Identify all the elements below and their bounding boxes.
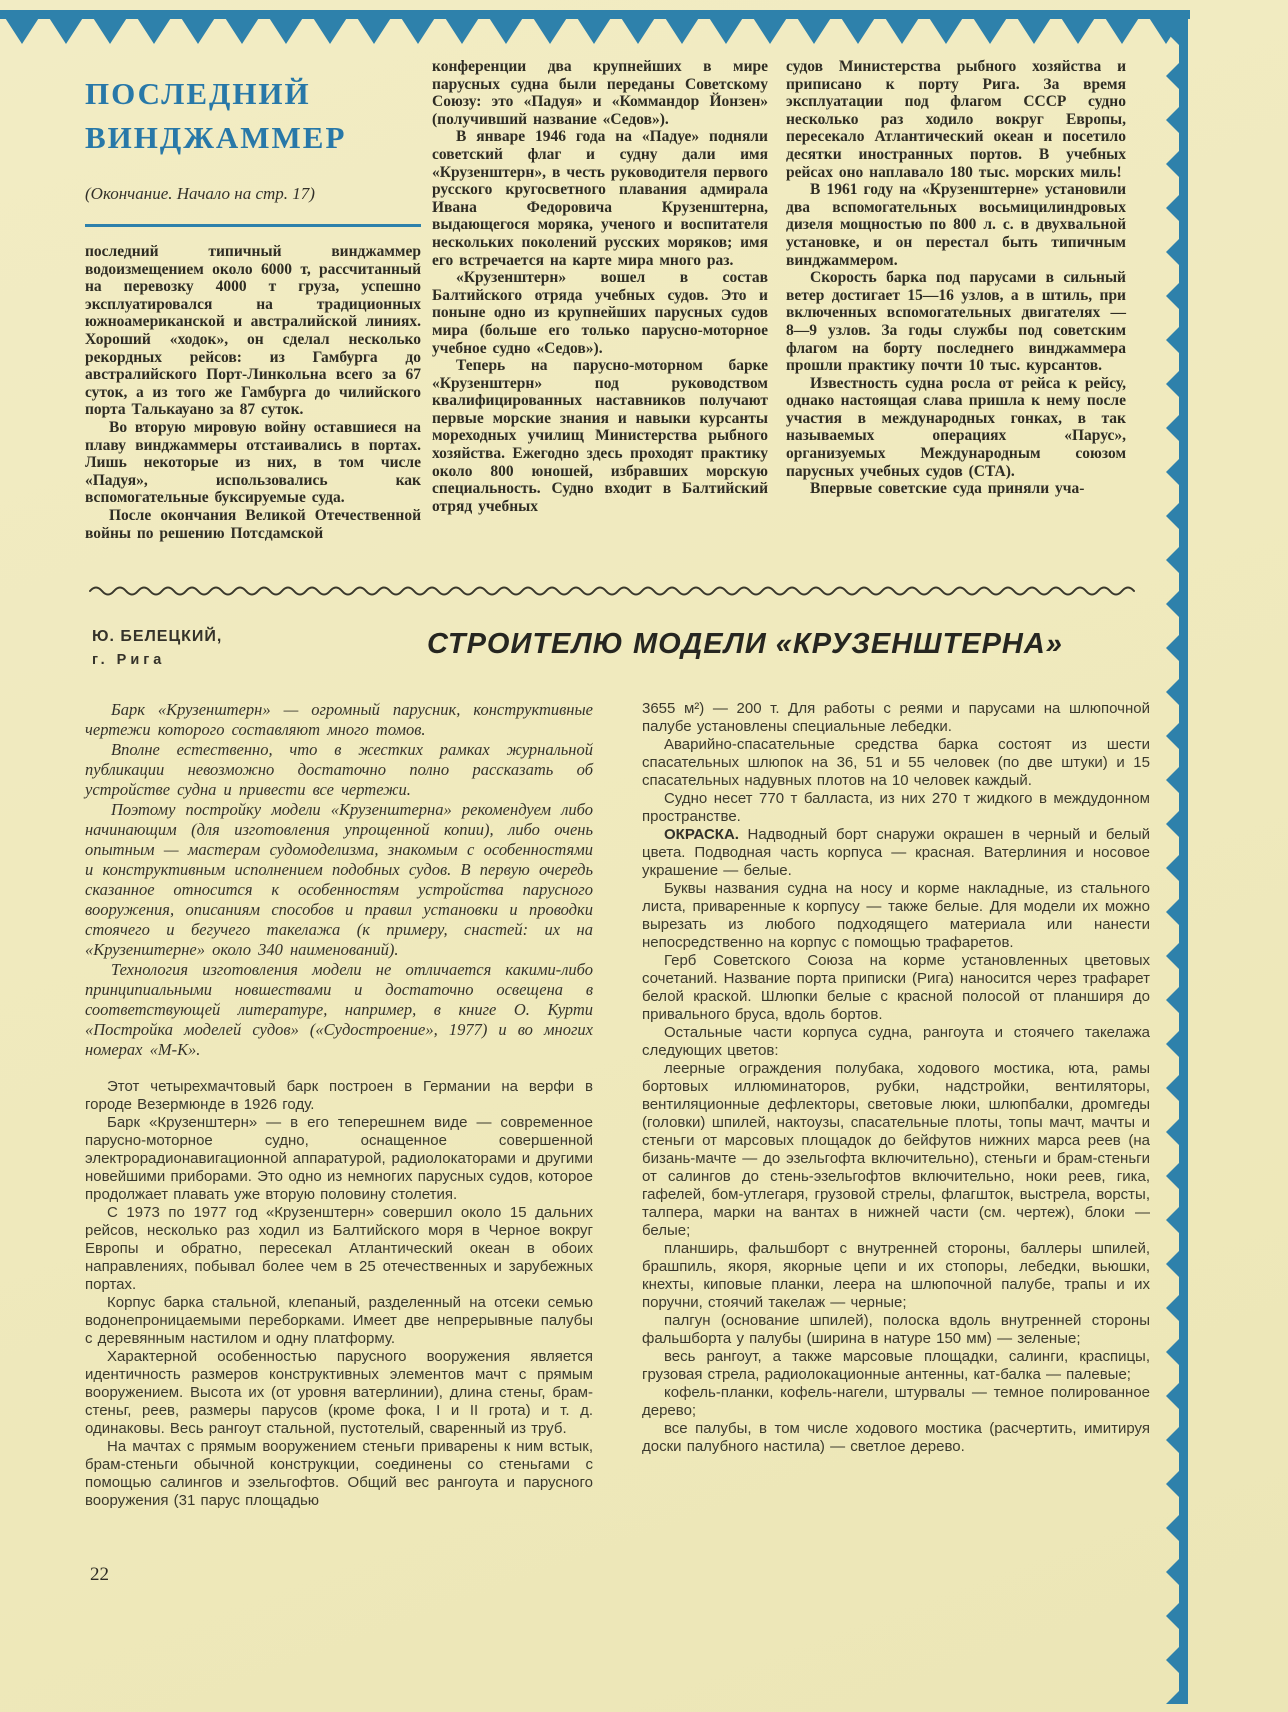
paragraph: Этот четырехмачтовый барк построен в Гер… — [85, 1078, 593, 1114]
paragraph: В январе 1946 года на «Падуе» подняли со… — [432, 128, 768, 269]
article2-left-text: Этот четырехмачтовый барк построен в Гер… — [85, 1078, 593, 1510]
author-name: Ю. БЕЛЕЦКИЙ, — [92, 628, 342, 646]
paragraph: последний типичный винджаммер водоизмеще… — [85, 243, 421, 419]
paragraph: Теперь на парусно-моторном барке «Крузен… — [432, 357, 768, 515]
decorative-border-right — [1152, 10, 1188, 1704]
paragraph: весь рангоут, а также марсовые площадки,… — [642, 1348, 1150, 1384]
paragraph: Известность судна росла от рейса к рейсу… — [786, 375, 1126, 481]
magazine-page: ПОСЛЕДНИЙ ВИНДЖАММЕР (Окончание. Начало … — [0, 0, 1288, 1712]
article2-title: СТРОИТЕЛЮ МОДЕЛИ «КРУЗЕНШТЕРНА» — [342, 628, 1148, 661]
article1-col1-text: последний типичный винджаммер водоизмеще… — [85, 243, 421, 542]
paragraph: «Крузенштерн» вошел в состав Балтийского… — [432, 269, 768, 357]
article2-author: Ю. БЕЛЕЦКИЙ, г. Рига — [92, 628, 342, 668]
paragraph: судов Министерства рыбного хозяйства и п… — [786, 58, 1126, 181]
paragraph: Характерной особенностью парусного воору… — [85, 1348, 593, 1438]
paragraph: После окончания Великой Отечественной во… — [85, 507, 421, 542]
article2-column-left: Барк «Крузенштерн» — огромный парусник, … — [85, 700, 593, 1510]
paragraph: планширь, фальшборт с внутренней стороны… — [642, 1240, 1150, 1312]
wavy-divider — [88, 584, 1136, 598]
article1-title-line1: ПОСЛЕДНИЙ — [85, 72, 421, 116]
article1-title-line2: ВИНДЖАММЕР — [85, 116, 421, 160]
paragraph: 3655 м²) — 200 т. Для работы с реями и п… — [642, 700, 1150, 736]
article1-subtitle: (Окончание. Начало на стр. 17) — [85, 184, 421, 204]
paragraph: Остальные части корпуса судна, рангоута … — [642, 1024, 1150, 1060]
paragraph: Впервые советские суда приняли уча- — [786, 480, 1126, 498]
article1-column-3: судов Министерства рыбного хозяйства и п… — [786, 58, 1126, 498]
paragraph: Технология изготовления модели не отлича… — [85, 960, 593, 1060]
paragraph: В 1961 году на «Крузенштерне» установили… — [786, 181, 1126, 269]
article1-title: ПОСЛЕДНИЙ ВИНДЖАММЕР — [85, 72, 421, 160]
paragraph: С 1973 по 1977 год «Крузенштерн» соверши… — [85, 1204, 593, 1294]
paragraph: кофель-планки, кофель-нагели, штурвалы —… — [642, 1384, 1150, 1420]
paragraph: Судно несет 770 т балласта, из них 270 т… — [642, 790, 1150, 826]
paragraph: ОКРАСКА. Надводный борт снаружи окрашен … — [642, 826, 1150, 880]
paragraph: все палубы, в том числе ходового мостика… — [642, 1420, 1150, 1456]
article2-column-right: 3655 м²) — 200 т. Для работы с реями и п… — [642, 700, 1150, 1456]
paragraph: Буквы названия судна на носу и корме нак… — [642, 880, 1150, 952]
article1-column-2: конференции два крупнейших в мире парусн… — [432, 58, 768, 515]
paragraph: Скорость барка под парусами в сильный ве… — [786, 269, 1126, 375]
author-city: г. Рига — [92, 652, 342, 668]
page-number: 22 — [90, 1564, 109, 1586]
paragraph: конференции два крупнейших в мире парусн… — [432, 58, 768, 128]
paragraph: Барк «Крузенштерн» — огромный парусник, … — [85, 700, 593, 740]
paragraph: Корпус барка стальной, клепаный, разделе… — [85, 1294, 593, 1348]
paragraph: Вполне естественно, что в жестких рамках… — [85, 740, 593, 800]
article2-header: Ю. БЕЛЕЦКИЙ, г. Рига СТРОИТЕЛЮ МОДЕЛИ «К… — [92, 628, 1148, 668]
title-rule — [85, 224, 421, 227]
article2-intro-italic: Барк «Крузенштерн» — огромный парусник, … — [85, 700, 593, 1060]
article1-column-1: ПОСЛЕДНИЙ ВИНДЖАММЕР (Окончание. Начало … — [85, 72, 421, 542]
decorative-border-top — [0, 10, 1190, 44]
paragraph: леерные ограждения полубака, ходового мо… — [642, 1060, 1150, 1240]
paragraph: Поэтому постройку модели «Крузенштерна» … — [85, 800, 593, 960]
paragraph: палгун (основание шпилей), полоска вдоль… — [642, 1312, 1150, 1348]
paragraph: Герб Советского Союза на корме установле… — [642, 952, 1150, 1024]
paragraph-lead: ОКРАСКА. — [664, 826, 747, 843]
paragraph: Барк «Крузенштерн» — в его теперешнем ви… — [85, 1114, 593, 1204]
paragraph: Аварийно-спасательные средства барка сос… — [642, 736, 1150, 790]
paragraph: На мачтах с прямым вооружением стеньги п… — [85, 1438, 593, 1510]
paragraph: Во вторую мировую войну оставшиеся на пл… — [85, 419, 421, 507]
